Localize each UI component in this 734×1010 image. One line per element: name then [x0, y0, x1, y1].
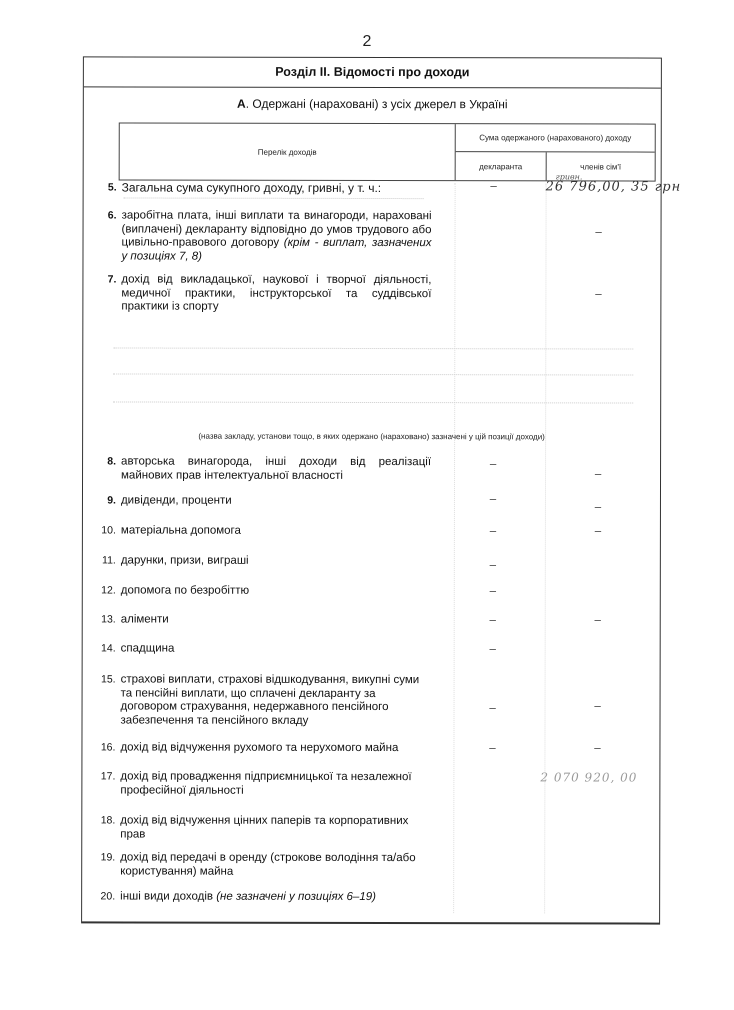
income-row-8: 8. авторська винагорода, інші доходи від…	[83, 455, 660, 456]
row-text: дохід від відчуження цінних паперів та к…	[120, 814, 420, 842]
row-number: 8.	[86, 455, 116, 469]
family-value: –	[538, 468, 658, 482]
column-guide-declarant	[453, 183, 456, 913]
row-number: 5.	[87, 181, 117, 195]
income-row-18: 18. дохід від відчуження цінних паперів …	[82, 814, 659, 815]
header-amount-group: Сума одержаного (нарахованого) доходу	[456, 124, 655, 152]
row-text: дарунки, призи, виграші	[121, 554, 521, 568]
income-row-17: 17. дохід від провадження підприємницько…	[82, 770, 659, 771]
income-section-frame: Розділ II. Відомості про доходи А. Одерж…	[81, 56, 662, 924]
header-income-list: Перелік доходів	[120, 123, 456, 180]
declarant-value: –	[478, 614, 508, 628]
row-number: 17.	[85, 770, 115, 784]
row-number: 14.	[86, 642, 116, 656]
family-value: 2 070 920, 00	[540, 771, 660, 785]
declarant-value: –	[478, 585, 508, 599]
income-row-15: 15. страхові виплати, страхові відшкодув…	[83, 673, 660, 674]
income-row-16: 16. дохід від відчуження рухомого та нер…	[82, 741, 659, 742]
row-text: аліменти	[121, 613, 521, 627]
row-number: 15.	[86, 673, 116, 687]
row-text-main: інші види доходів	[120, 890, 213, 902]
family-value: –	[537, 742, 657, 756]
family-value: –	[538, 525, 658, 539]
income-row-20: 20. інші види доходів (не зазначені у по…	[82, 890, 659, 891]
row-number: 12.	[86, 584, 116, 598]
declarant-value: –	[478, 643, 508, 657]
subsection-title: А. Одержані (нараховані) з усіх джерел в…	[84, 96, 661, 115]
section-title: Розділ II. Відомості про доходи	[84, 57, 661, 88]
header-declarant: декларанта	[456, 152, 547, 180]
family-value: –	[539, 226, 659, 240]
income-row-11: 11. дарунки, призи, виграші –	[83, 554, 660, 555]
dotted-guide	[124, 197, 424, 199]
row-text: інші види доходів (не зазначені у позиці…	[120, 890, 520, 904]
declarant-value: –	[477, 742, 507, 756]
family-value: –	[538, 700, 658, 714]
row-number: 19.	[85, 851, 115, 865]
row-text: Загальна сума сукупного доходу, гривні, …	[122, 181, 522, 195]
income-row-9: 9. дивіденди, проценти – –	[83, 494, 660, 495]
row-number: 18.	[85, 814, 115, 828]
row-text: спадщина	[121, 642, 521, 656]
income-row-14: 14. спадщина –	[83, 642, 660, 643]
declarant-value: –	[479, 180, 509, 194]
row-text: авторська винагорода, інші доходи від ре…	[121, 455, 431, 483]
income-row-13: 13. аліменти – –	[83, 613, 660, 614]
family-value: 26 796,00, 35 грн	[546, 180, 671, 194]
page-number: 2	[0, 33, 734, 51]
income-row-10: 10. матеріальна допомога – –	[83, 524, 660, 525]
income-row-6: 6. заробітна плата, інші виплати та вина…	[84, 209, 661, 210]
income-row-12: 12. допомога по безробіттю –	[83, 584, 660, 585]
row-number: 11.	[86, 554, 116, 568]
row-text: дохід від передачі в оренду (строкове во…	[120, 851, 430, 879]
income-row-7: 7. дохід від викладацької, наукової і тв…	[83, 273, 660, 274]
row-text: матеріальна допомога	[121, 524, 521, 538]
subsection-letter: А	[237, 97, 246, 111]
declarant-value: –	[478, 525, 508, 539]
family-value: –	[538, 614, 658, 628]
declarant-value: –	[478, 458, 508, 472]
declarant-value: –	[478, 493, 508, 507]
family-value: –	[538, 288, 658, 302]
row-text: дохід від провадження підприємницької та…	[120, 770, 430, 798]
row-number: 20.	[85, 890, 115, 904]
row-text-italic: (не зазначені у позиціях 6–19)	[216, 891, 376, 903]
row-number: 13.	[86, 613, 116, 627]
declarant-value: –	[478, 559, 508, 573]
row-number: 7.	[86, 273, 116, 287]
row-number: 9.	[86, 494, 116, 508]
income-row-5: 5. Загальна сума сукупного доходу, гривн…	[84, 181, 661, 182]
institution-line	[113, 373, 633, 375]
subsection-text: . Одержані (нараховані) з усіх джерел в …	[246, 97, 508, 112]
row-text: допомога по безробіттю	[121, 584, 521, 598]
institution-note: (назва закладу, установи тощо, в яких од…	[83, 431, 660, 441]
family-value: –	[538, 501, 658, 515]
row-number: 10.	[86, 524, 116, 538]
institution-line	[113, 347, 633, 349]
row-text: заробітна плата, інші виплати та винагор…	[121, 209, 431, 264]
income-row-19: 19. дохід від передачі в оренду (строков…	[82, 851, 659, 852]
institution-line	[113, 401, 633, 403]
declarant-value: –	[478, 702, 508, 716]
row-text: дохід від викладацької, наукової і творч…	[121, 273, 431, 314]
row-number: 16.	[85, 741, 115, 755]
row-text: дохід від відчуження рухомого та нерухом…	[120, 741, 520, 755]
row-text: дивіденди, проценти	[121, 494, 521, 508]
row-text: страхові виплати, страхові відшкодування…	[121, 673, 426, 728]
row-number: 6.	[87, 209, 117, 223]
